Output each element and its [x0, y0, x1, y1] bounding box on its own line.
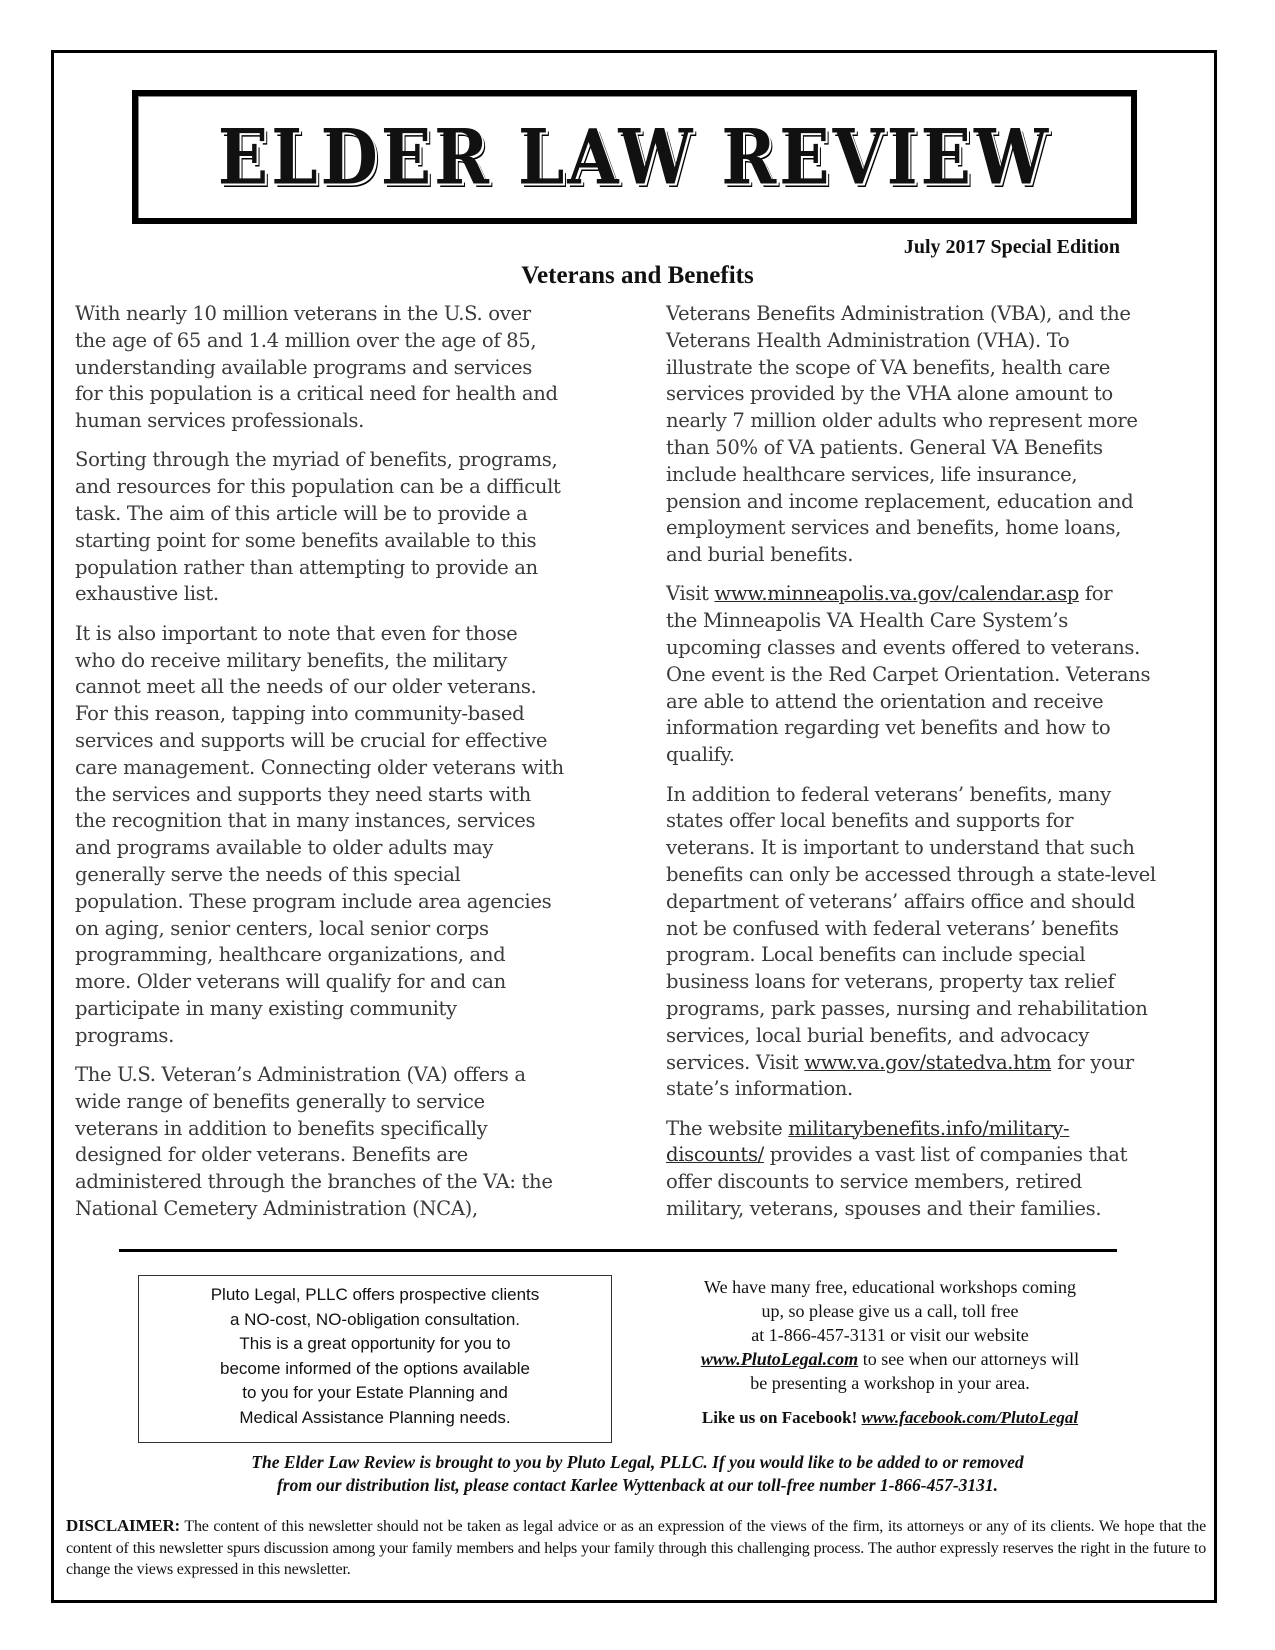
disclaimer-label: DISCLAIMER: [66, 1516, 180, 1535]
article-left-column: With nearly 10 million veterans in the U… [75, 301, 615, 1235]
paragraph-state-benefits: In addition to federal veterans’ benefit… [666, 782, 1196, 1104]
facebook-page-link[interactable]: www.facebook.com/PlutoLegal [862, 1408, 1079, 1427]
newsletter-title: Elder Law Review [218, 112, 1051, 202]
edition-label: July 2017 Special Edition [820, 236, 1120, 259]
paragraph-intro: With nearly 10 million veterans in the U… [75, 301, 615, 435]
section-divider [119, 1249, 1117, 1252]
paragraph-community-services: It is also important to note that even f… [75, 621, 615, 1050]
consultation-promo-box: Pluto Legal, PLLC offers prospective cli… [138, 1275, 612, 1443]
distribution-credits: The Elder Law Review is brought to you b… [0, 1451, 1275, 1497]
paragraph-sorting: Sorting through the myriad of benefits, … [75, 447, 615, 608]
masthead-banner: Elder Law Review [132, 90, 1137, 224]
paragraph-minneapolis-va: Visit www.minneapolis.va.gov/calendar.as… [666, 581, 1196, 769]
article-headline: Veterans and Benefits [0, 262, 1275, 290]
military-discounts-link[interactable]: militarybenefits.info/military- [788, 1117, 1069, 1140]
article-right-column: Veterans Benefits Administration (VBA), … [666, 301, 1196, 1235]
disclaimer: DISCLAIMER: The content of this newslett… [66, 1515, 1206, 1581]
state-va-link[interactable]: www.va.gov/statedva.htm [804, 1051, 1051, 1074]
paragraph-military-discounts: The website militarybenefits.info/milita… [666, 1116, 1196, 1223]
paragraph-va-overview: The U.S. Veteran’s Administration (VA) o… [75, 1062, 615, 1223]
pluto-legal-website-link[interactable]: www.PlutoLegal.com [701, 1349, 858, 1369]
minneapolis-va-calendar-link[interactable]: www.minneapolis.va.gov/calendar.asp [714, 582, 1079, 605]
disclaimer-text: The content of this newsletter should no… [66, 1518, 1206, 1578]
paragraph-va-branches: Veterans Benefits Administration (VBA), … [666, 301, 1196, 569]
military-discounts-link-continued[interactable]: discounts/ [666, 1143, 764, 1166]
workshops-notice: We have many free, educational workshops… [660, 1275, 1120, 1395]
facebook-callout: Like us on Facebook! www.facebook.com/Pl… [660, 1408, 1120, 1428]
